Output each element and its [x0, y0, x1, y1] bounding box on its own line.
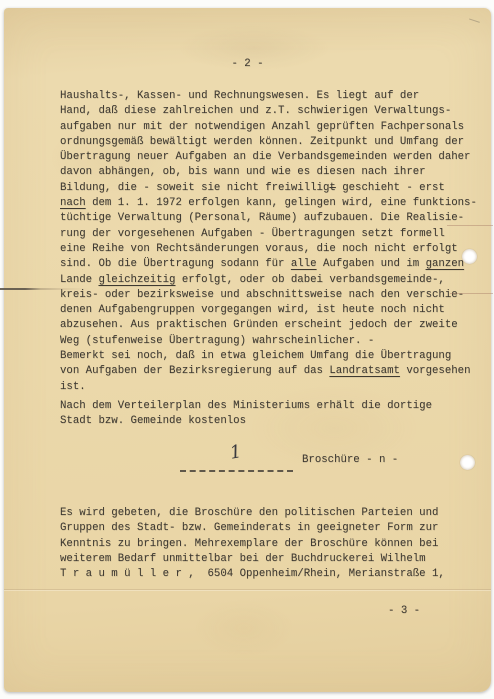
text-line: tüchtige Verwaltung (Personal, Räume) au…	[60, 211, 477, 226]
text-line: Gruppen des Stadt- bzw. Gemeinderats in …	[60, 521, 445, 536]
fold-mark-left	[0, 288, 90, 290]
text-line: davon abhängen, ob, bis wann und wie es …	[60, 165, 477, 180]
text-line: Weg (stufenweise Übertragung) wahrschein…	[60, 334, 477, 349]
text-line: Es wird gebeten, die Broschüre den polit…	[60, 506, 445, 521]
text-line: aufgaben nur mit der notwendigen Anzahl …	[60, 120, 477, 135]
text-line: Bildung, die - soweit sie nicht freiwill…	[60, 181, 477, 196]
text-segment: eine Reihe von Rechtsänderungen voraus, …	[60, 243, 458, 255]
text-line: ordnungsgemäß bewältigt werden können. Z…	[60, 135, 477, 150]
body-paragraph-1: Haushalts-, Kassen- und Rechnungswesen. …	[60, 89, 477, 395]
text-line: weiterem Bedarf unmittelbar bei der Buch…	[60, 552, 445, 567]
text-segment: T r a u m ü l l e r , 6504 Oppenheim/Rhe…	[60, 568, 445, 580]
text-line: Nach dem Verteilerplan des Ministeriums …	[60, 399, 432, 414]
scan-artifact-line-top	[447, 225, 493, 226]
text-segment: aufgaben nur mit der notwendigen Anzahl …	[60, 121, 464, 133]
text-line: Kenntnis zu bringen. Mehrexemplare der B…	[60, 537, 445, 552]
text-segment: sind. Ob die Übertragung sodann für	[60, 258, 291, 270]
brochure-label: Broschüre - n -	[302, 453, 398, 468]
page-number-header: - 2 -	[4, 57, 491, 72]
text-line: Bemerkt sei noch, daß in etwa gleichem U…	[60, 349, 477, 364]
text-line: Übertragung neuer Aufgaben an die Verban…	[60, 150, 477, 165]
next-page-number: - 3 -	[388, 604, 420, 619]
text-segment: weiterem Bedarf unmittelbar bei der Buch…	[60, 553, 426, 565]
document-page: - 2 - Haushalts-, Kassen- und Rechnungsw…	[4, 8, 491, 692]
text-segment: Kenntnis zu bringen. Mehrexemplare der B…	[60, 538, 438, 550]
text-line: eine Reihe von Rechtsänderungen voraus, …	[60, 242, 477, 257]
text-segment: Bildung, die - soweit sie nicht freiwill…	[60, 182, 329, 194]
text-segment: abzusehen. Aus praktischen Gründen ersch…	[60, 319, 458, 331]
underlined-text: alle	[291, 258, 317, 270]
scanned-document: - 2 - Haushalts-, Kassen- und Rechnungsw…	[0, 0, 494, 699]
text-line: Hand, daß diese zahlreichen und z.T. sch…	[60, 104, 477, 119]
underlined-text: nach	[60, 197, 86, 209]
text-segment: davon abhängen, ob, bis wann und wie es …	[60, 166, 426, 178]
text-line: Lande gleichzeitig erfolgt, oder ob dabe…	[60, 273, 477, 288]
text-segment: Lande	[60, 274, 98, 286]
text-line: abzusehen. Aus praktischen Gründen ersch…	[60, 318, 477, 333]
text-segment: dem 1. 1. 1972 erfolgen kann, gelingen w…	[86, 197, 477, 209]
text-segment: Hand, daß diese zahlreichen und z.T. sch…	[60, 105, 451, 117]
text-segment: Nach dem Verteilerplan des Ministeriums …	[60, 400, 432, 412]
text-segment: Weg (stufenweise Übertragung) wahrschein…	[60, 335, 374, 347]
text-segment: vorgesehen	[400, 365, 471, 377]
text-line: nach dem 1. 1. 1972 erfolgen kann, gelin…	[60, 196, 477, 211]
text-segment: Es wird gebeten, die Broschüre den polit…	[60, 507, 438, 519]
text-line: T r a u m ü l l e r , 6504 Oppenheim/Rhe…	[60, 567, 445, 582]
hole-punch-top	[462, 249, 477, 264]
text-segment: Stadt bzw. Gemeinde kostenlos	[60, 415, 246, 427]
text-line: sind. Ob die Übertragung sodann für alle…	[60, 257, 477, 272]
text-segment: Gruppen des Stadt- bzw. Gemeinderats in …	[60, 522, 438, 534]
text-segment: von Aufgaben der Bezirksregierung auf da…	[60, 365, 329, 377]
text-segment: rung der vorgesehenen Aufgaben - Übertra…	[60, 228, 445, 240]
fold-line-horizontal	[4, 589, 491, 590]
text-line: rung der vorgesehenen Aufgaben - Übertra…	[60, 227, 477, 242]
text-segment: Übertragung neuer Aufgaben an die Verban…	[60, 151, 470, 163]
text-segment: erfolgt, oder ob dabei verbandsgemeinde-…	[175, 274, 444, 286]
text-segment: Haushalts-, Kassen- und Rechnungswesen. …	[60, 90, 419, 102]
text-segment: denen Aufgabengruppen vorgegangen wird, …	[60, 304, 445, 316]
body-paragraph-2: Nach dem Verteilerplan des Ministeriums …	[60, 399, 432, 430]
underlined-text: Landratsamt	[329, 365, 400, 377]
body-paragraph-3: Es wird gebeten, die Broschüre den polit…	[60, 506, 445, 582]
text-segment: tüchtige Verwaltung (Personal, Räume) au…	[60, 212, 464, 224]
text-segment: ist.	[60, 381, 86, 393]
scan-artifact-line-bottom	[450, 293, 493, 294]
text-line: von Aufgaben der Bezirksregierung auf da…	[60, 364, 477, 379]
underlined-text: gleichzeitig	[98, 274, 175, 286]
count-underline	[180, 457, 293, 472]
pencil-mark	[467, 18, 480, 28]
text-line: denen Aufgabengruppen vorgegangen wird, …	[60, 303, 477, 318]
text-line: ist.	[60, 380, 477, 395]
text-segment: ordnungsgemäß bewältigt werden können. Z…	[60, 136, 464, 148]
text-segment: Aufgaben und im	[317, 258, 426, 270]
text-segment: kreis- oder bezirksweise und abschnittsw…	[60, 289, 464, 301]
text-segment: geschieht - erst	[336, 182, 445, 194]
text-line: Stadt bzw. Gemeinde kostenlos	[60, 414, 432, 429]
underlined-text: ganzen	[426, 258, 464, 270]
text-segment: Bemerkt sei noch, daß in etwa gleichem U…	[60, 350, 451, 362]
text-line: kreis- oder bezirksweise und abschnittsw…	[60, 288, 477, 303]
text-line: Haushalts-, Kassen- und Rechnungswesen. …	[60, 89, 477, 104]
hole-punch-bottom	[460, 455, 475, 470]
